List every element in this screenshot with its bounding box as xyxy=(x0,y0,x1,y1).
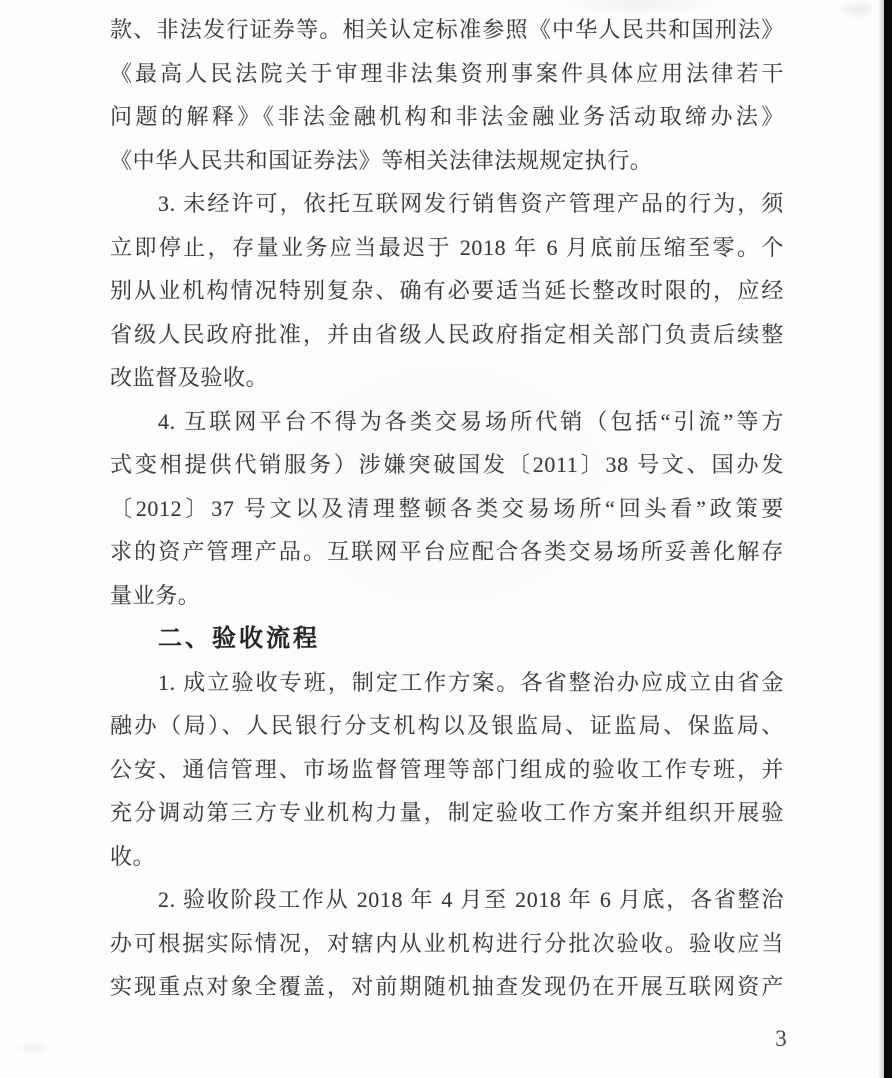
text-line: 公安、通信管理、市场监督管理等部门组成的验收工作专班，并 xyxy=(110,748,784,792)
text-line: 别从业机构情况特别复杂、确有必要适当延长整改时限的，应经 xyxy=(110,269,784,313)
text-line: 问题的解释》《非法金融机构和非法金融业务活动取缔办法》 xyxy=(110,95,784,139)
text-line: 量业务。 xyxy=(110,574,784,618)
text-line: 改监督及验收。 xyxy=(110,356,784,400)
scan-edge-strip xyxy=(884,0,892,1078)
text-line: 〔2012〕37 号文以及清理整顿各类交易场所“回头看”政策要 xyxy=(110,487,784,531)
text-line: 求的资产管理产品。互联网平台应配合各类交易场所妥善化解存 xyxy=(110,530,784,574)
section-heading: 二、验收流程 xyxy=(110,617,784,661)
text-line: 立即停止，存量业务应当最迟于 2018 年 6 月底前压缩至零。个 xyxy=(110,226,784,270)
text-line: 充分调动第三方专业机构力量，制定验收工作方案并组织开展验 xyxy=(110,791,784,835)
text-line: 收。 xyxy=(110,835,784,879)
text-block: 款、非法发行证券等。相关认定标准参照《中华人民共和国刑法》《最高人民法院关于审理… xyxy=(110,8,784,1009)
document-page: 款、非法发行证券等。相关认定标准参照《中华人民共和国刑法》《最高人民法院关于审理… xyxy=(0,0,892,1078)
text-line: 式变相提供代销服务）涉嫌突破国发〔2011〕38 号文、国办发 xyxy=(110,443,784,487)
text-line: 3. 未经许可，依托互联网发行销售资产管理产品的行为，须 xyxy=(110,182,784,226)
text-line: 《中华人民共和国证券法》等相关法律法规规定执行。 xyxy=(110,139,784,183)
page-number: 3 xyxy=(766,1022,796,1056)
text-line: 省级人民政府批准，并由省级人民政府指定相关部门负责后续整 xyxy=(110,313,784,357)
text-line: 1. 成立验收专班，制定工作方案。各省整治办应成立由省金 xyxy=(110,661,784,705)
text-line: 4. 互联网平台不得为各类交易场所代销（包括“引流”等方 xyxy=(110,400,784,444)
text-line: 《最高人民法院关于审理非法集资刑事案件具体应用法律若干 xyxy=(110,52,784,96)
text-line: 融办（局）、人民银行分支机构以及银监局、证监局、保监局、 xyxy=(110,704,784,748)
text-line: 2. 验收阶段工作从 2018 年 4 月至 2018 年 6 月底，各省整治 xyxy=(110,878,784,922)
text-line: 实现重点对象全覆盖，对前期随机抽查发现仍在开展互联网资产 xyxy=(110,965,784,1009)
text-line: 办可根据实际情况，对辖内从业机构进行分批次验收。验收应当 xyxy=(110,922,784,966)
text-line: 款、非法发行证券等。相关认定标准参照《中华人民共和国刑法》 xyxy=(110,8,784,52)
